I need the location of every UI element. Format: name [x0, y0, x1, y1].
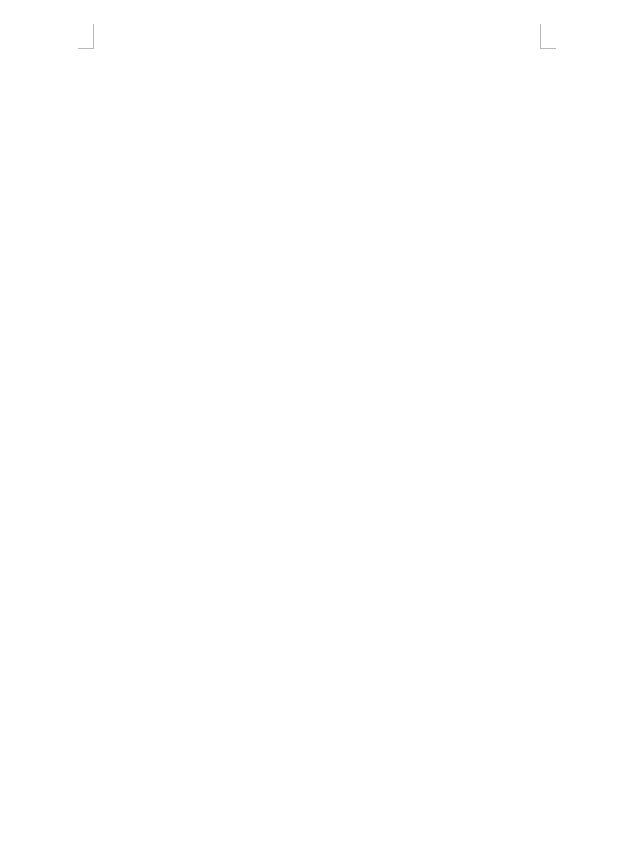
margin-corner-mark-top-left — [78, 24, 94, 49]
margin-corner-mark-top-right — [540, 24, 556, 49]
